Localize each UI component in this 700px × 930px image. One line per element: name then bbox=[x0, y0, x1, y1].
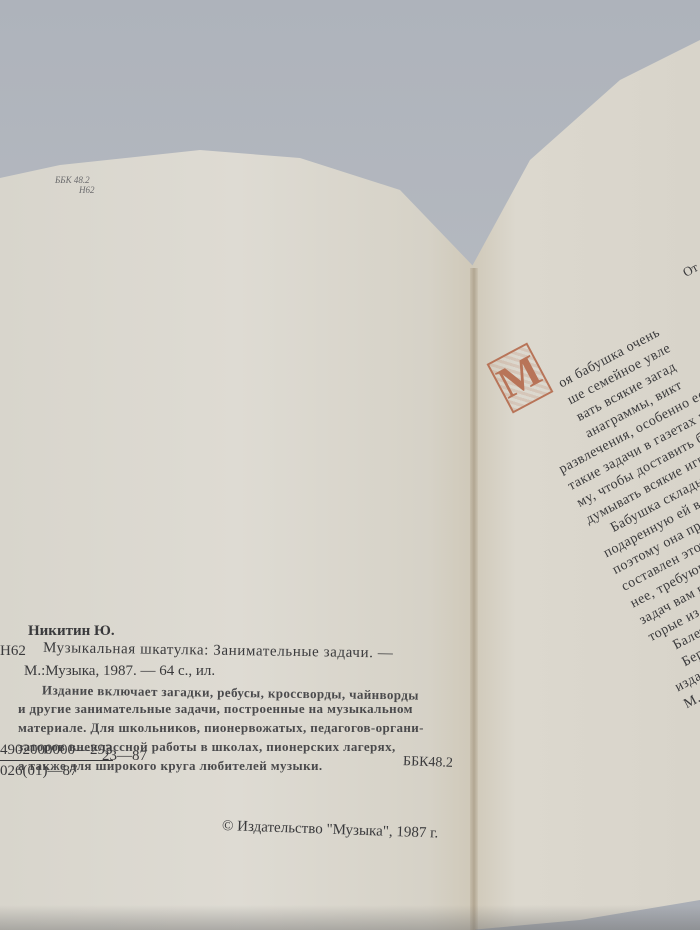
author-mark: Н62 bbox=[55, 185, 95, 195]
bbk-code-bottom: ББК48.2 bbox=[403, 754, 453, 772]
author-name: Никитин Ю. bbox=[28, 623, 115, 640]
annotation-line: материале. Для школьников, пионервожатых… bbox=[18, 718, 458, 737]
bottom-edge-shadow bbox=[0, 905, 700, 930]
catalog-index-top: ББК 48.2 Н62 bbox=[55, 175, 95, 195]
index-numerator: 4902000000—293 bbox=[0, 742, 113, 761]
bbk-code: ББК 48.2 bbox=[55, 175, 90, 185]
index-denominator: 026(01)—87 bbox=[0, 763, 113, 780]
index-suffix: 23—87 bbox=[102, 748, 147, 765]
publication-index: 4902000000—293 026(01)—87 bbox=[0, 742, 113, 780]
left-page bbox=[0, 150, 475, 930]
imprint: М.:Музыка, 1987. — 64 с., ил. bbox=[24, 663, 215, 680]
book-gutter bbox=[470, 268, 478, 930]
catalog-code: Н62 bbox=[0, 643, 26, 660]
